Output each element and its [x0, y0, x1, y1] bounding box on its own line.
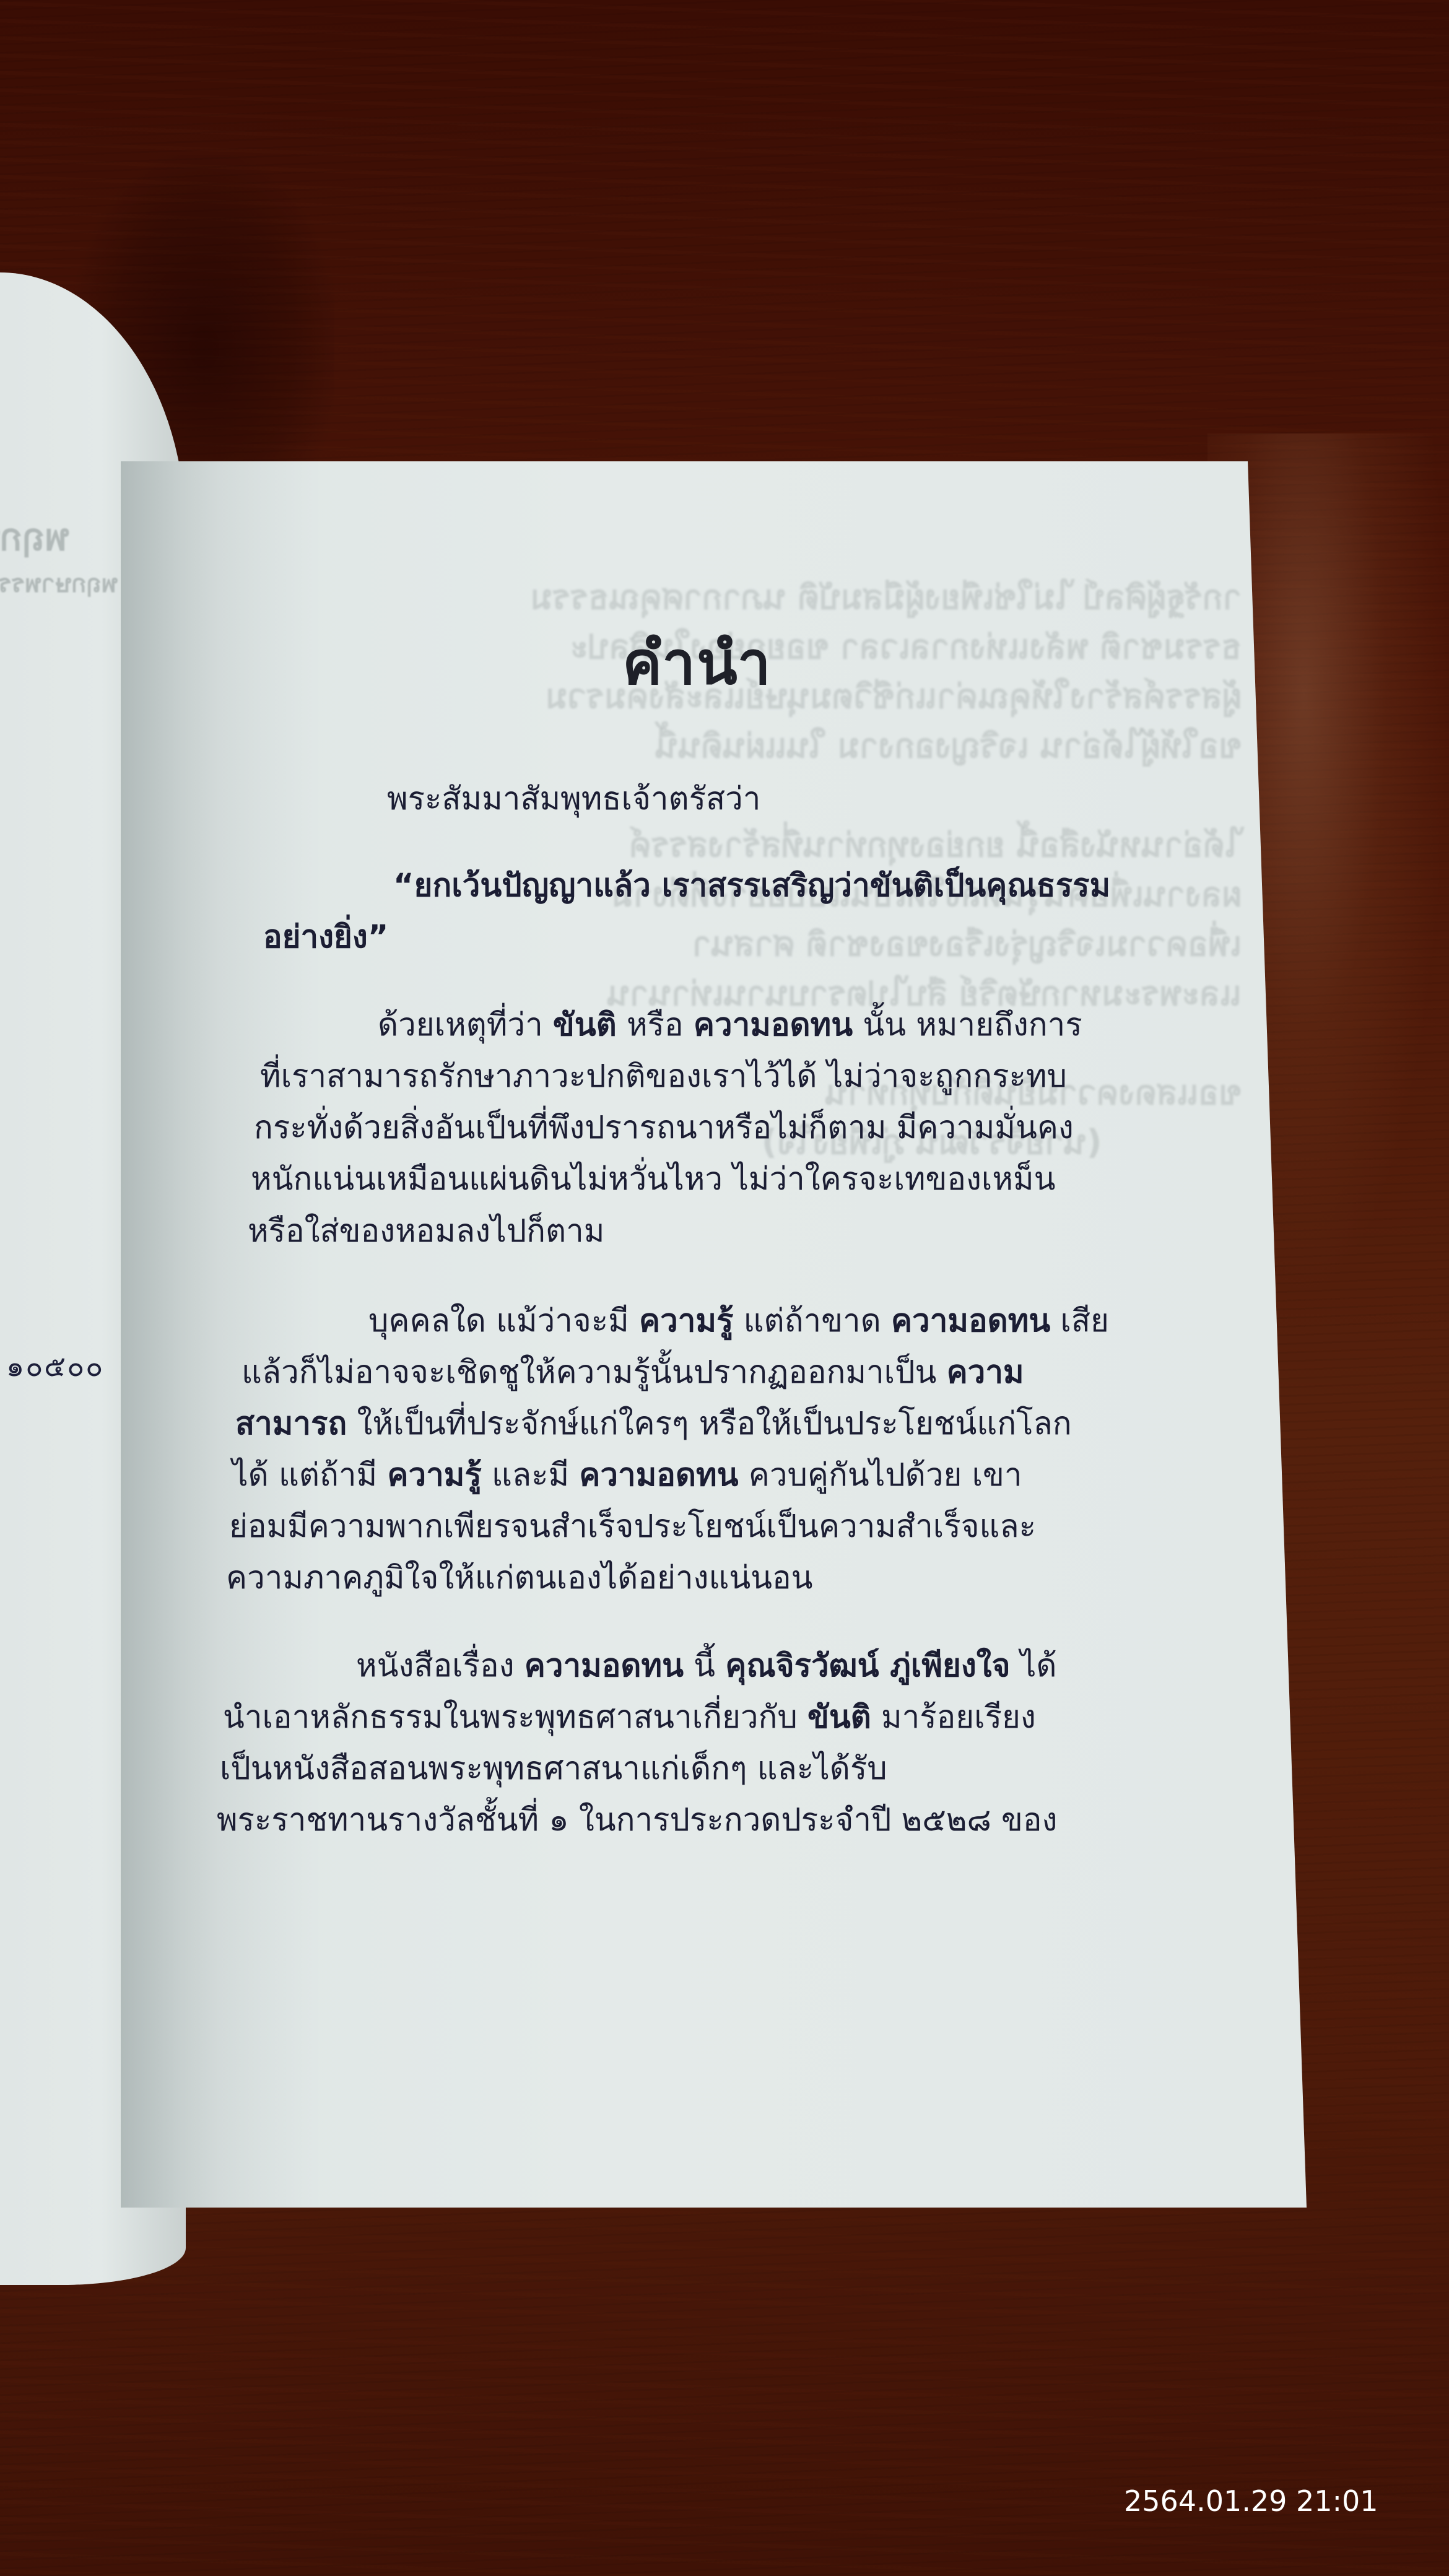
text-line: บุคคลใด แม้ว่าจะมี ความรู้ แต่ถ้าขาด ควา… [368, 1305, 1109, 1337]
text-line: กระทั่งด้วยสิ่งอันเป็นที่พึงปรารถนาหรือไ… [254, 1112, 1074, 1144]
text-line: ความภาคภูมิใจให้แก่ตนเองได้อย่างแน่นอน [226, 1562, 813, 1594]
bold-text-segment: ความอดทน [891, 1303, 1050, 1339]
left-page-number: ๑๐๕๐๐ [6, 1344, 104, 1389]
text-line: หรือใส่ของหอมลงไปก็ตาม [248, 1216, 604, 1247]
text-segment: หนังสือเรื่อง [356, 1648, 524, 1684]
text-line: อย่างยิ่ง” [263, 921, 388, 953]
text-segment: และมี [482, 1457, 580, 1494]
left-page-bleedthrough-text: พฤกษาพรรณ [0, 563, 118, 603]
text-segment: ย่อมมีความพากเพียรจนสำเร็จประโยชน์เป็นคว… [229, 1508, 1036, 1545]
text-line: เป็นหนังสือสอนพระพุทธศาสนาแก่เด็กๆ และได… [220, 1753, 887, 1785]
text-segment: แต่ถ้าขาด [733, 1303, 891, 1339]
text-segment: มาร้อยเรียง [871, 1699, 1036, 1736]
text-segment: หรือ [617, 1007, 694, 1043]
text-segment: พระราชทานรางวัลชั้นที่ ๑ ในการประกวดประจ… [217, 1802, 1057, 1838]
text-segment: ด้วยเหตุที่ว่า [378, 1007, 553, 1043]
text-segment: กระทั่งด้วยสิ่งอันเป็นที่พึงปรารถนาหรือไ… [254, 1110, 1074, 1146]
bold-text-segment: ความอดทน [694, 1007, 853, 1043]
text-segment: พระสัมมาสัมพุทธเจ้าตรัสว่า [387, 781, 760, 817]
text-segment: ได้ แต่ถ้ามี [232, 1457, 387, 1494]
bold-text-segment: ความรู้ [387, 1457, 481, 1494]
text-line: หนักแน่นเหมือนแผ่นดินไม่หวั่นไหว ไม่ว่าใ… [251, 1164, 1055, 1195]
text-segment: ให้เป็นที่ประจักษ์แก่ใครๆ หรือให้เป็นประ… [347, 1406, 1071, 1442]
text-segment: นำเอาหลักธรรมในพระพุทธศาสนาเกี่ยวกับ [223, 1699, 807, 1736]
bold-text-segment: ขันติ [553, 1007, 617, 1043]
bold-text-segment: ขันติ [807, 1699, 871, 1736]
text-line: ย่อมมีความพากเพียรจนสำเร็จประโยชน์เป็นคว… [229, 1511, 1036, 1543]
text-line: หนังสือเรื่อง ความอดทน นี้ คุณจิรวัฒน์ ภ… [356, 1650, 1057, 1682]
bold-text-segment: “ยกเว้นปัญญาแล้ว เราสรรเสริญว่าขันติเป็น… [393, 868, 1110, 904]
text-segment: ความภาคภูมิใจให้แก่ตนเองได้อย่างแน่นอน [226, 1560, 813, 1596]
text-line: ได้ แต่ถ้ามี ความรู้ และมี ความอดทน ควบค… [232, 1460, 1022, 1491]
text-line: ที่เราสามารถรักษาภาวะปกติของเราไว้ได้ ไม… [260, 1061, 1067, 1092]
bold-text-segment: คุณจิรวัฒน์ ภู่เพียงใจ [725, 1648, 1010, 1684]
bold-text-segment: ความอดทน [579, 1457, 738, 1494]
text-segment: เสีย [1050, 1303, 1109, 1339]
text-line: ด้วยเหตุที่ว่า ขันติ หรือ ความอดทน นั้น … [378, 1009, 1082, 1041]
bold-text-segment: ความ [947, 1354, 1024, 1391]
page-title: คำนำ [622, 616, 772, 710]
text-segment: นั้น หมายถึงการ [853, 1007, 1082, 1043]
text-segment: นี้ [684, 1648, 725, 1684]
text-segment: หนักแน่นเหมือนแผ่นดินไม่หวั่นไหว ไม่ว่าใ… [251, 1161, 1055, 1198]
text-segment: ที่เราสามารถรักษาภาวะปกติของเราไว้ได้ ไม… [260, 1058, 1067, 1095]
left-page-bleedthrough-text: พฤกษ [0, 508, 69, 567]
text-line: แล้วก็ไม่อาจจะเชิดชูให้ความรู้นั้นปรากฏอ… [241, 1357, 1024, 1388]
bold-text-segment: อย่างยิ่ง” [263, 919, 388, 955]
text-line: นำเอาหลักธรรมในพระพุทธศาสนาเกี่ยวกับ ขัน… [223, 1702, 1036, 1733]
text-segment: ควบคู่กันไปด้วย เขา [739, 1457, 1022, 1494]
text-segment: บุคคลใด แม้ว่าจะมี [368, 1303, 639, 1339]
text-line: สามารถ ให้เป็นที่ประจักษ์แก่ใครๆ หรือให้… [235, 1408, 1072, 1440]
text-segment: แล้วก็ไม่อาจจะเชิดชูให้ความรู้นั้นปรากฏอ… [241, 1354, 947, 1391]
text-line: พระสัมมาสัมพุทธเจ้าตรัสว่า [387, 783, 760, 815]
text-segment: หรือใส่ของหอมลงไปก็ตาม [248, 1213, 604, 1250]
bold-text-segment: ความอดทน [524, 1648, 684, 1684]
text-segment: ได้ [1011, 1648, 1057, 1684]
page-content: คำนำ พระสัมมาสัมพุทธเจ้าตรัสว่า“ยกเว้นปั… [121, 461, 1307, 2208]
text-line: พระราชทานรางวัลชั้นที่ ๑ ในการประกวดประจ… [217, 1804, 1057, 1836]
bold-text-segment: สามารถ [235, 1406, 347, 1442]
photo-timestamp: 2564.01.29 21:01 [1124, 2484, 1378, 2518]
bold-text-segment: ความรู้ [639, 1303, 733, 1339]
text-segment: เป็นหนังสือสอนพระพุทธศาสนาแก่เด็กๆ และได… [220, 1751, 887, 1787]
text-line: “ยกเว้นปัญญาแล้ว เราสรรเสริญว่าขันติเป็น… [393, 870, 1110, 902]
